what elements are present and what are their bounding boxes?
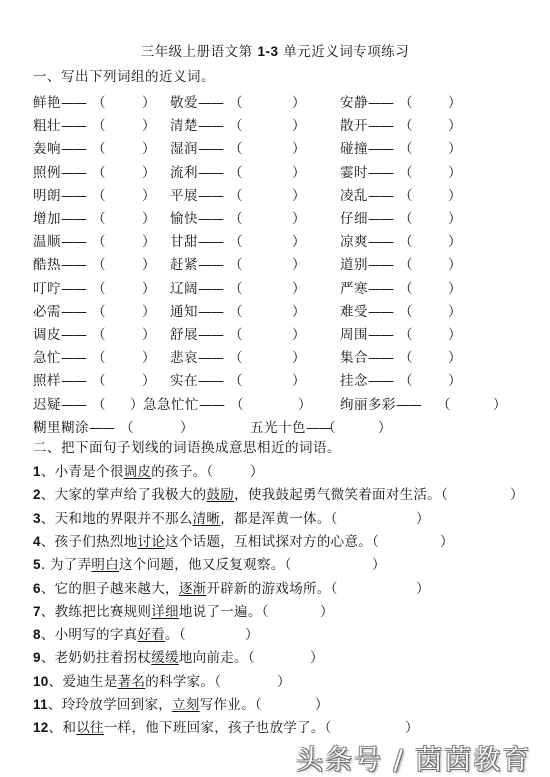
close-paren: ） — [142, 300, 156, 320]
synonym-item: 散开—— — [340, 114, 393, 134]
dash: —— — [198, 95, 223, 111]
synonym-row: 迟疑——（）急急忙忙——（）绚丽多彩——（） — [0, 393, 550, 413]
close-paren: ） — [142, 230, 156, 250]
question-text-before: 老奶奶拄着拐杖 — [55, 650, 152, 666]
synonym-row: 增加——（）愉快——（）仔细——（） — [0, 207, 550, 227]
dash: —— — [368, 188, 393, 204]
dash: —— — [61, 304, 86, 320]
close-paren: ） — [142, 253, 156, 273]
synonym-item: 道别—— — [340, 253, 393, 273]
close-paren: ） — [142, 346, 156, 366]
synonym-item: 碰撞—— — [340, 137, 393, 157]
question-item: 7、教练把比赛规则详细地说了一遍。（ — [33, 600, 269, 620]
synonym-row: 调皮——（）舒展——（）周围——（） — [0, 323, 550, 343]
synonym-item: 叮咛—— — [33, 277, 86, 297]
dash: —— — [199, 397, 224, 413]
open-paren: （ — [92, 369, 106, 389]
synonym-row: 叮咛——（）辽阔——（）严寒——（） — [0, 277, 550, 297]
open-paren: （ — [92, 346, 106, 366]
close-paren: ） — [250, 460, 264, 480]
synonym-row: 照例——（）流利——（）霎时——（） — [0, 161, 550, 181]
open-paren: （ — [120, 416, 134, 436]
underlined-word: 立刻 — [172, 697, 200, 713]
synonym-item: 甘甜—— — [170, 230, 223, 250]
synonym-item: 清楚—— — [170, 114, 223, 134]
open-paren: （ — [229, 253, 243, 273]
open-paren: （ — [399, 114, 413, 134]
question-text-after: 这个话题，互相试探对方的心意。（ — [165, 534, 379, 550]
dash: —— — [368, 373, 393, 389]
question-text-after: 地向前走。（ — [179, 650, 255, 666]
dash: —— — [198, 257, 223, 273]
source-word: 糊里糊涂 — [33, 420, 89, 436]
open-paren: （ — [399, 207, 413, 227]
underlined-word: 逐渐 — [179, 581, 207, 597]
close-paren: ） — [292, 184, 306, 204]
dash: —— — [368, 304, 393, 320]
synonym-item: 严寒—— — [340, 277, 393, 297]
open-paren: （ — [92, 91, 106, 111]
open-paren: （ — [229, 369, 243, 389]
close-paren: ） — [292, 91, 306, 111]
question-number: 8 — [33, 627, 41, 642]
dash: —— — [61, 118, 86, 134]
open-paren: （ — [92, 161, 106, 181]
close-paren: ） — [142, 323, 156, 343]
source-word: 绚丽多彩 — [340, 397, 396, 413]
source-word: 叮咛 — [33, 281, 61, 297]
synonym-item: 悲哀—— — [170, 346, 223, 366]
close-paren: ） — [320, 600, 334, 620]
underlined-word: 著名 — [118, 674, 146, 690]
dash: —— — [198, 118, 223, 134]
dash: —— — [61, 234, 86, 250]
synonym-item: 通知—— — [170, 300, 223, 320]
source-word: 清楚 — [170, 118, 198, 134]
close-paren: ） — [292, 230, 306, 250]
source-word: 甘甜 — [170, 234, 198, 250]
question-text-after: 开辟新的游戏场所。（ — [206, 581, 337, 597]
question-separator: 、 — [41, 511, 55, 527]
close-paren: ） — [142, 369, 156, 389]
close-paren: ） — [130, 393, 144, 413]
open-paren: （ — [92, 393, 106, 413]
synonym-item: 绚丽多彩—— — [340, 393, 421, 413]
close-paren: ） — [142, 137, 156, 157]
close-paren: ） — [448, 184, 462, 204]
source-word: 通知 — [170, 304, 198, 320]
open-paren: （ — [229, 346, 243, 366]
source-word: 必需 — [33, 304, 61, 320]
question-text-before: 小青是个很 — [55, 464, 124, 480]
question-separator: 、 — [41, 464, 55, 480]
open-paren: （ — [92, 277, 106, 297]
question-number: 3 — [33, 511, 41, 526]
dash: —— — [61, 165, 86, 181]
source-word: 平展 — [170, 188, 198, 204]
close-paren: ） — [448, 300, 462, 320]
open-paren: （ — [229, 184, 243, 204]
synonym-item: 照样—— — [33, 369, 86, 389]
dash: —— — [368, 118, 393, 134]
source-word: 凉爽 — [340, 234, 368, 250]
dash: —— — [198, 304, 223, 320]
question-item: 10、爱迪生是著名的科学家。（ — [33, 670, 221, 690]
source-word: 温顺 — [33, 234, 61, 250]
synonym-item: 鲜艳—— — [33, 91, 86, 111]
question-separator: 、 — [41, 604, 55, 620]
dash: —— — [198, 211, 223, 227]
synonym-row: 鲜艳——（）敬爱——（）安静——（） — [0, 91, 550, 111]
synonym-item: 凉爽—— — [340, 230, 393, 250]
dash: —— — [368, 211, 393, 227]
synonym-item: 霎时—— — [340, 161, 393, 181]
question-text-before: 大家的掌声给了我极大的 — [55, 487, 207, 503]
dash: —— — [198, 327, 223, 343]
dash: —— — [368, 327, 393, 343]
close-paren: ） — [448, 253, 462, 273]
source-word: 流利 — [170, 165, 198, 181]
synonym-item: 实在—— — [170, 369, 223, 389]
synonym-item: 赶紧—— — [170, 253, 223, 273]
question-number: 10 — [33, 674, 49, 689]
source-word: 轰响 — [33, 141, 61, 157]
open-paren: （ — [92, 184, 106, 204]
synonym-item: 愉快—— — [170, 207, 223, 227]
open-paren: （ — [229, 114, 243, 134]
source-word: 辽阔 — [170, 281, 198, 297]
close-paren: ） — [416, 507, 430, 527]
synonym-item: 增加—— — [33, 207, 86, 227]
source-word: 仔细 — [340, 211, 368, 227]
source-word: 酷热 — [33, 257, 61, 273]
close-paren: ） — [448, 323, 462, 343]
source-word: 周围 — [340, 327, 368, 343]
question-text-after: 的孩子。（ — [151, 464, 213, 480]
question-number: 5 — [33, 557, 41, 572]
synonym-item: 调皮—— — [33, 323, 86, 343]
title-prefix: 三年级上册语文第 — [141, 44, 258, 60]
open-paren: （ — [229, 137, 243, 157]
dash: —— — [61, 350, 86, 366]
open-paren: （ — [399, 230, 413, 250]
source-word: 难受 — [340, 304, 368, 320]
open-paren: （ — [229, 323, 243, 343]
synonym-item: 照例—— — [33, 161, 86, 181]
title-suffix: 单元近义词专项练习 — [279, 44, 410, 60]
source-word: 急忙 — [33, 350, 61, 366]
source-word: 急急忙忙 — [143, 397, 199, 413]
synonym-row: 照样——（）实在——（）挂念——（） — [0, 369, 550, 389]
question-text-after: 地说了一遍。（ — [179, 604, 269, 620]
question-text-before: 它的胆子越来越大， — [55, 581, 179, 597]
underlined-word: 明白 — [91, 557, 119, 573]
close-paren: ） — [298, 393, 312, 413]
open-paren: （ — [229, 300, 243, 320]
close-paren: ） — [315, 693, 329, 713]
synonym-item: 轰响—— — [33, 137, 86, 157]
underlined-word: 讨论 — [137, 534, 165, 550]
synonym-item: 迟疑—— — [33, 393, 86, 413]
source-word: 凌乱 — [340, 188, 368, 204]
source-word: 调皮 — [33, 327, 61, 343]
question-item: 11、玲玲放学回到家，立刻写作业。（ — [33, 693, 262, 713]
synonym-item: 五光十色—— — [250, 416, 331, 436]
close-paren: ） — [292, 207, 306, 227]
synonym-item: 温顺—— — [33, 230, 86, 250]
question-item: 9、老奶奶拄着拐杖缓缓地向前走。（ — [33, 646, 255, 666]
dash: —— — [368, 234, 393, 250]
synonym-item: 明朗—— — [33, 184, 86, 204]
open-paren: （ — [399, 277, 413, 297]
close-paren: ） — [292, 300, 306, 320]
synonym-item: 集合—— — [340, 346, 393, 366]
source-word: 敬爱 — [170, 95, 198, 111]
close-paren: ） — [142, 161, 156, 181]
close-paren: ） — [448, 137, 462, 157]
close-paren: ） — [245, 623, 259, 643]
dash: —— — [396, 397, 421, 413]
open-paren: （ — [92, 207, 106, 227]
synonym-row: 急忙——（）悲哀——（）集合——（） — [0, 346, 550, 366]
question-text-before: 爱迪生是 — [62, 674, 117, 690]
close-paren: ） — [310, 646, 324, 666]
question-separator: . — [41, 557, 50, 573]
question-text-before: 孩子们热烈地 — [55, 534, 138, 550]
question-item: 5. 为了弄明白这个问题，他又反复观察。（ — [33, 553, 292, 573]
synonym-row: 糊里糊涂——（）五光十色——（） — [0, 416, 550, 436]
close-paren: ） — [440, 530, 454, 550]
open-paren: （ — [399, 184, 413, 204]
title-units: 1-3 — [257, 44, 278, 59]
source-word: 严寒 — [340, 281, 368, 297]
question-text-after: ，使我鼓起勇气微笑着面对生活。（ — [234, 487, 448, 503]
section1-heading: 一、写出下列词组的近义词。 — [33, 65, 215, 85]
open-paren: （ — [229, 277, 243, 297]
open-paren: （ — [229, 230, 243, 250]
question-item: 1、小青是个很调皮的孩子。（ — [33, 460, 213, 480]
question-item: 2、大家的掌声给了我极大的鼓励，使我鼓起勇气微笑着面对生活。（ — [33, 483, 448, 503]
synonym-item: 必需—— — [33, 300, 86, 320]
close-paren: ） — [180, 416, 194, 436]
question-separator: 、 — [41, 487, 55, 503]
question-number: 2 — [33, 487, 41, 502]
dash: —— — [198, 281, 223, 297]
open-paren: （ — [399, 323, 413, 343]
close-paren: ） — [493, 393, 507, 413]
open-paren: （ — [92, 230, 106, 250]
underlined-word: 好看 — [137, 627, 165, 643]
open-paren: （ — [399, 300, 413, 320]
close-paren: ） — [292, 114, 306, 134]
source-word: 迟疑 — [33, 397, 61, 413]
source-word: 鲜艳 — [33, 95, 61, 111]
synonym-item: 难受—— — [340, 300, 393, 320]
question-number: 9 — [33, 650, 41, 665]
close-paren: ） — [142, 277, 156, 297]
synonym-item: 湿润—— — [170, 137, 223, 157]
question-item: 3、天和地的界限并不那么清晰，都是浑黄一体。（ — [33, 507, 338, 527]
synonym-row: 明朗——（）平展——（）凌乱——（） — [0, 184, 550, 204]
dash: —— — [198, 188, 223, 204]
close-paren: ） — [448, 114, 462, 134]
question-item: 4、孩子们热烈地讨论这个话题，互相试探对方的心意。（ — [33, 530, 379, 550]
close-paren: ） — [142, 91, 156, 111]
synonym-item: 安静—— — [340, 91, 393, 111]
open-paren: （ — [92, 114, 106, 134]
close-paren: ） — [142, 207, 156, 227]
question-separator: 、 — [41, 534, 55, 550]
question-text-after: 写作业。（ — [200, 697, 262, 713]
open-paren: （ — [229, 91, 243, 111]
question-item: 6、它的胆子越来越大，逐渐开辟新的游戏场所。（ — [33, 577, 338, 597]
source-word: 挂念 — [340, 373, 368, 389]
dash: —— — [61, 188, 86, 204]
source-word: 粗壮 — [33, 118, 61, 134]
open-paren: （ — [92, 300, 106, 320]
question-text-before: 为了弄 — [50, 557, 91, 573]
source-word: 增加 — [33, 211, 61, 227]
dash: —— — [61, 211, 86, 227]
dash: —— — [368, 165, 393, 181]
close-paren: ） — [448, 369, 462, 389]
open-paren: （ — [399, 137, 413, 157]
question-separator: 、 — [41, 627, 55, 643]
close-paren: ） — [292, 346, 306, 366]
synonym-row: 轰响——（）湿润——（）碰撞——（） — [0, 137, 550, 157]
open-paren: （ — [399, 369, 413, 389]
dash: —— — [368, 141, 393, 157]
dash: —— — [368, 281, 393, 297]
question-text-before: 和 — [62, 720, 76, 736]
synonym-item: 挂念—— — [340, 369, 393, 389]
source-word: 湿润 — [170, 141, 198, 157]
question-separator: 、 — [49, 720, 63, 736]
question-text-after: 一样，他下班回家，孩子也放学了。（ — [104, 720, 332, 736]
dash: —— — [61, 95, 86, 111]
close-paren: ） — [292, 137, 306, 157]
open-paren: （ — [229, 161, 243, 181]
synonym-item: 仔细—— — [340, 207, 393, 227]
open-paren: （ — [322, 416, 336, 436]
synonym-row: 酷热——（）赶紧——（）道别——（） — [0, 253, 550, 273]
section2-heading: 二、把下面句子划线的词语换成意思相近的词语。 — [33, 436, 341, 456]
close-paren: ） — [416, 577, 430, 597]
document-title: 三年级上册语文第 1-3 单元近义词专项练习 — [0, 40, 550, 60]
question-number: 6 — [33, 581, 41, 596]
source-word: 舒展 — [170, 327, 198, 343]
synonym-row: 粗壮——（）清楚——（）散开——（） — [0, 114, 550, 134]
synonym-item: 急忙—— — [33, 346, 86, 366]
close-paren: ） — [292, 161, 306, 181]
close-paren: ） — [448, 91, 462, 111]
question-text-after: 这个问题，他又反复观察。（ — [119, 557, 292, 573]
source-word: 愉快 — [170, 211, 198, 227]
close-paren: ） — [448, 230, 462, 250]
synonym-item: 辽阔—— — [170, 277, 223, 297]
close-paren: ） — [292, 323, 306, 343]
dash: —— — [61, 397, 86, 413]
synonym-item: 舒展—— — [170, 323, 223, 343]
source-word: 悲哀 — [170, 350, 198, 366]
underlined-word: 鼓励 — [206, 487, 234, 503]
open-paren: （ — [399, 253, 413, 273]
open-paren: （ — [437, 393, 451, 413]
question-text-before: 天和地的界限并不那么 — [55, 511, 193, 527]
source-word: 散开 — [340, 118, 368, 134]
open-paren: （ — [92, 253, 106, 273]
question-separator: 、 — [49, 674, 63, 690]
open-paren: （ — [92, 323, 106, 343]
source-word: 碰撞 — [340, 141, 368, 157]
open-paren: （ — [399, 161, 413, 181]
underlined-word: 详细 — [151, 604, 179, 620]
dash: —— — [198, 141, 223, 157]
close-paren: ） — [448, 277, 462, 297]
dash: —— — [368, 95, 393, 111]
question-text-after: 的科学家。（ — [145, 674, 221, 690]
source-word: 实在 — [170, 373, 198, 389]
open-paren: （ — [230, 393, 244, 413]
dash: —— — [61, 141, 86, 157]
close-paren: ） — [292, 253, 306, 273]
source-word: 道别 — [340, 257, 368, 273]
source-word: 照例 — [33, 165, 61, 181]
synonym-item: 敬爱—— — [170, 91, 223, 111]
dash: —— — [368, 350, 393, 366]
source-word: 集合 — [340, 350, 368, 366]
close-paren: ） — [510, 483, 524, 503]
question-text-before: 玲玲放学回到家， — [62, 697, 172, 713]
question-separator: 、 — [41, 650, 55, 666]
synonym-row: 必需——（）通知——（）难受——（） — [0, 300, 550, 320]
open-paren: （ — [399, 346, 413, 366]
close-paren: ） — [292, 277, 306, 297]
dash: —— — [61, 281, 86, 297]
synonym-item: 流利—— — [170, 161, 223, 181]
source-word: 照样 — [33, 373, 61, 389]
close-paren: ） — [378, 416, 392, 436]
source-word: 安静 — [340, 95, 368, 111]
synonym-item: 粗壮—— — [33, 114, 86, 134]
close-paren: ） — [277, 670, 291, 690]
dash: —— — [198, 165, 223, 181]
close-paren: ） — [292, 369, 306, 389]
question-item: 12、和以往一样，他下班回家，孩子也放学了。（ — [33, 716, 332, 736]
close-paren: ） — [448, 346, 462, 366]
underlined-word: 以往 — [76, 720, 104, 736]
synonym-item: 平展—— — [170, 184, 223, 204]
question-text-after: 。（ — [165, 627, 186, 643]
question-number: 1 — [33, 464, 41, 479]
underlined-word: 清晰 — [193, 511, 221, 527]
close-paren: ） — [142, 184, 156, 204]
dash: —— — [198, 350, 223, 366]
synonym-row: 温顺——（）甘甜——（）凉爽——（） — [0, 230, 550, 250]
source-word: 五光十色 — [250, 420, 306, 436]
close-paren: ） — [448, 161, 462, 181]
close-paren: ） — [372, 553, 386, 573]
source-word: 霎时 — [340, 165, 368, 181]
question-number: 12 — [33, 720, 49, 735]
question-item: 8、小明写的字真好看。（ — [33, 623, 186, 643]
synonym-item: 周围—— — [340, 323, 393, 343]
dash: —— — [61, 257, 86, 273]
synonym-item: 凌乱—— — [340, 184, 393, 204]
open-paren: （ — [399, 91, 413, 111]
dash: —— — [61, 327, 86, 343]
close-paren: ） — [142, 114, 156, 134]
